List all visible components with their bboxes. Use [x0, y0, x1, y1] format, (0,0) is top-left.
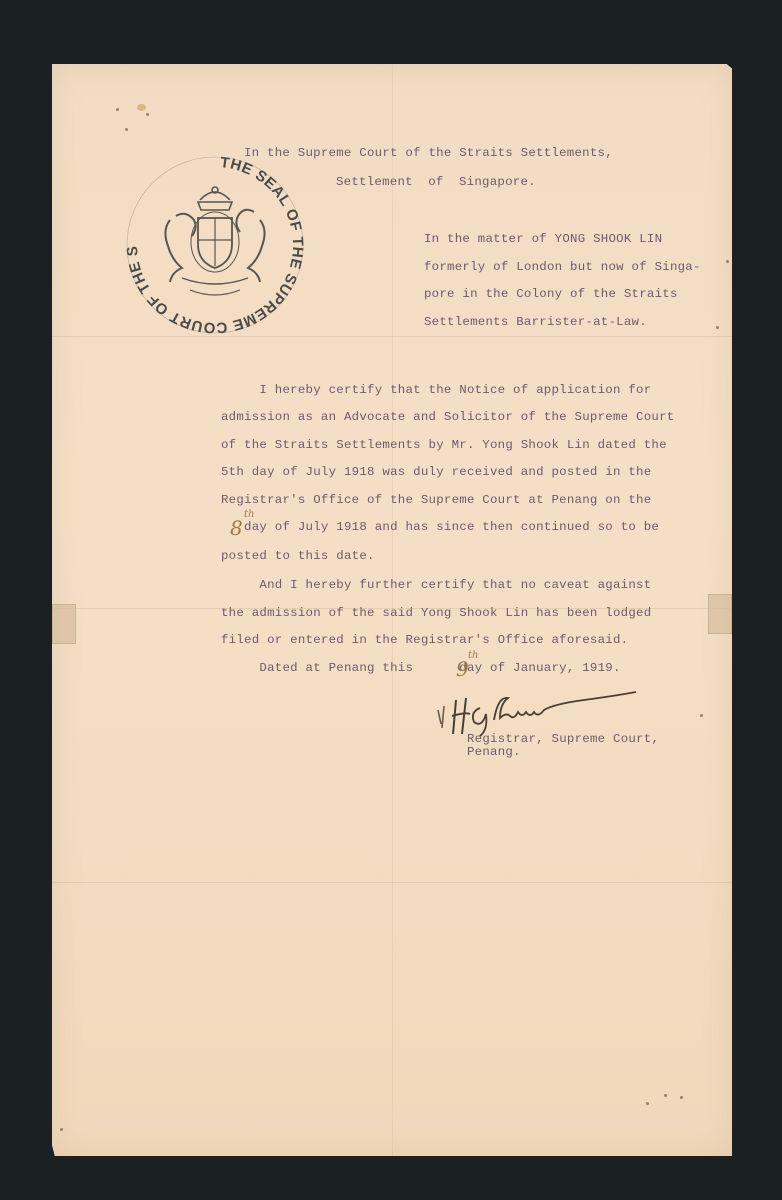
matter-line: pore in the Colony of the Straits: [424, 288, 678, 300]
body-line: Dated at Penang this day of January, 191…: [221, 662, 621, 674]
speck: [646, 1102, 649, 1105]
matter-line: Settlements Barrister-at-Law.: [424, 316, 647, 328]
court-heading: In the Supreme Court of the Straits Sett…: [244, 147, 613, 159]
speck: [125, 128, 128, 131]
settlement-heading: Settlement of Singapore.: [336, 176, 536, 188]
body-line: the admission of the said Yong Shook Lin…: [221, 607, 651, 619]
handwritten-dated-suffix: th: [468, 650, 478, 661]
speck: [60, 1128, 63, 1131]
body-line: And I hereby further certify that no cav…: [221, 579, 651, 591]
matter-line: In the matter of YONG SHOOK LIN: [424, 233, 662, 245]
handwritten-posted-suffix: th: [244, 509, 254, 520]
tape-right: [708, 594, 732, 634]
body-line: day of July 1918 and has since then cont…: [221, 521, 659, 533]
speck: [726, 260, 729, 263]
registrar-signature-icon: [432, 690, 677, 738]
body-line: 5th day of July 1918 was duly received a…: [221, 466, 651, 478]
speck: [716, 326, 719, 329]
handwritten-dated-day: 9: [456, 657, 469, 681]
body-line: filed or entered in the Registrar's Offi…: [221, 634, 628, 646]
speck: [700, 714, 703, 717]
registrar-title: Registrar, Supreme Court,: [467, 733, 659, 745]
body-line: Registrar's Office of the Supreme Court …: [221, 494, 651, 506]
body-line: admission as an Advocate and Solicitor o…: [221, 411, 674, 423]
body-line: posted to this date.: [221, 550, 375, 562]
body-line: I hereby certify that the Notice of appl…: [221, 384, 651, 396]
tape-left: [52, 604, 76, 644]
stain: [137, 104, 146, 111]
svg-text:THE SEAL OF THE SUPREME COURT: THE SEAL OF THE SUPREME COURT OF THE STR…: [120, 150, 306, 336]
body-line: of the Straits Settlements by Mr. Yong S…: [221, 439, 667, 451]
speck: [680, 1096, 683, 1099]
matter-line: formerly of London but now of Singa-: [424, 261, 701, 273]
speck: [146, 113, 149, 116]
speck: [664, 1094, 667, 1097]
registrar-location: Penang.: [467, 746, 521, 758]
handwritten-posted-day: 8: [230, 516, 243, 540]
court-seal-icon: THE SEAL OF THE SUPREME COURT OF THE STR…: [120, 150, 310, 340]
speck: [116, 108, 119, 111]
